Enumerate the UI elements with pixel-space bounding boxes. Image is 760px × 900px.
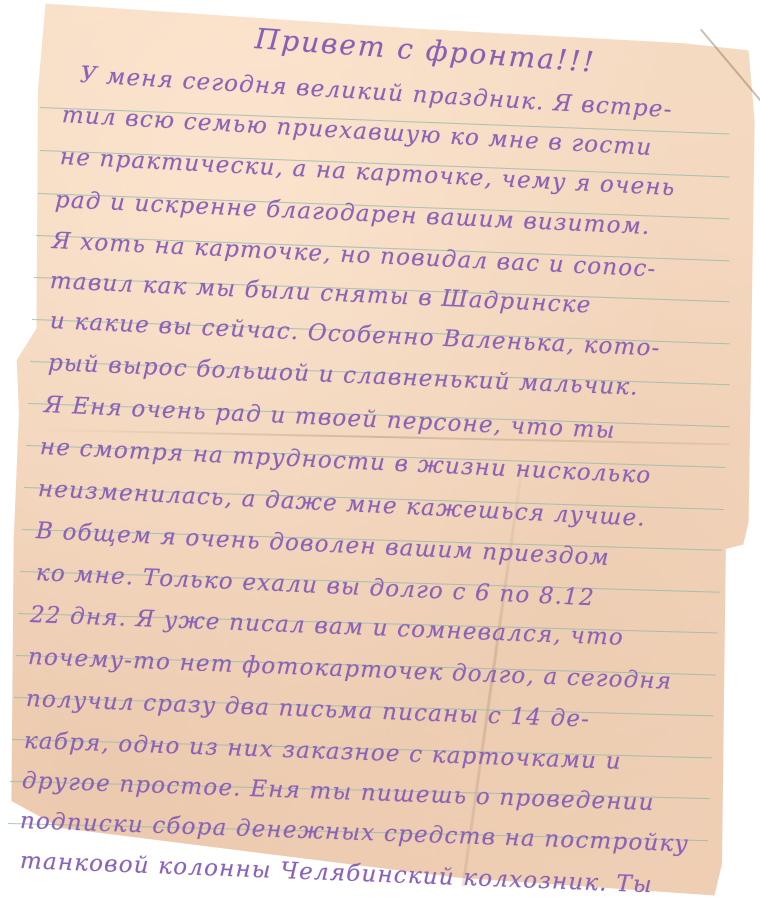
letter-line: другое простое. Еня ты пишешь о проведен… [22,768,656,816]
letter-line: почему-то нет фотокарточек долго, а сего… [28,644,673,695]
letter-line: рый вырос большой и славненький мальчик. [47,350,639,401]
letter-line: кабря, одно из них заказное с карточками… [24,728,623,775]
letter-title: Привет с фронта!!! [254,22,597,79]
letter-line: 22 дня. Я уже писал вам и сомневался, чт… [30,602,625,651]
letter-line: подписки сбора денежных средств на постр… [20,808,690,857]
letter-line: ко мне. Только ехали вы долго с 6 по 8.1… [35,560,595,611]
letter-line: получил сразу два письма писаны с 14 де- [26,686,591,733]
letter-line: Я Еня очень рад и твоей персоне, что ты [43,392,616,444]
letter-text: Привет с фронта!!! У меня сегодня велики… [0,0,760,900]
letter-line: танковой колонны Челябинский колхозник. … [20,848,654,898]
letter-photo: Привет с фронта!!! У меня сегодня велики… [0,0,760,900]
